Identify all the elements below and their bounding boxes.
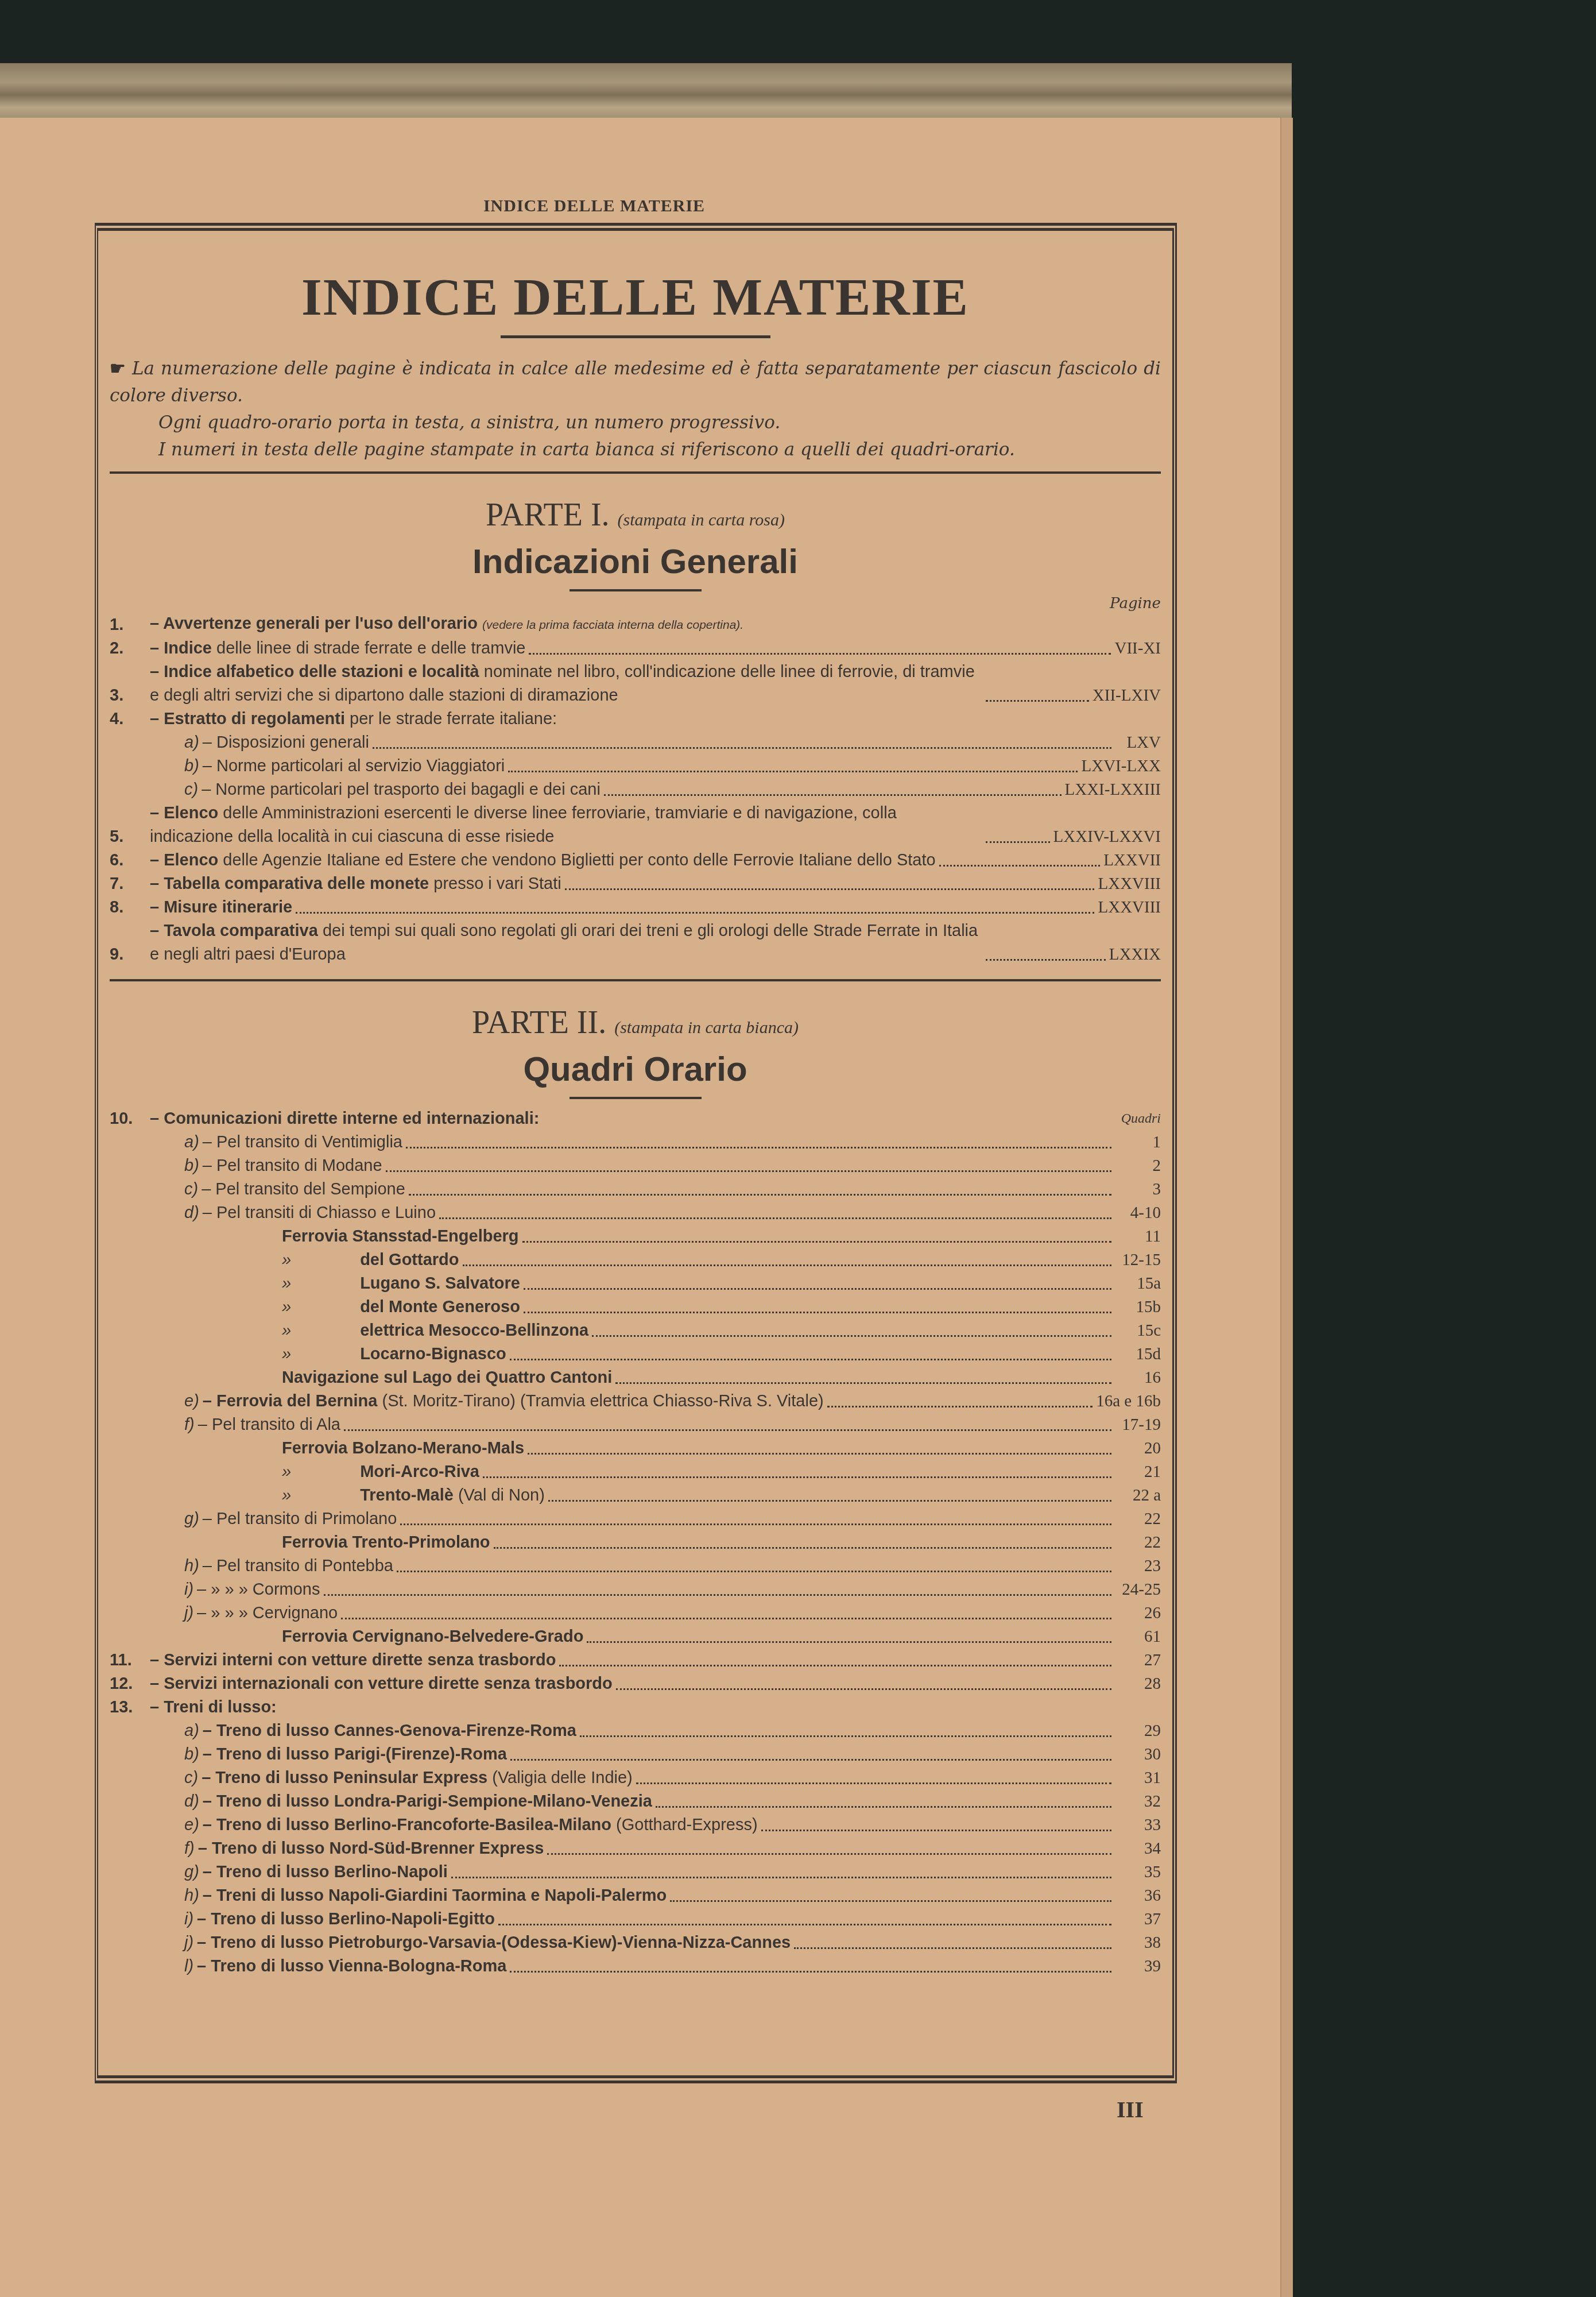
dot-leader (483, 1476, 1111, 1478)
entry-page: 22 (1115, 1507, 1161, 1531)
entry-text: h)– Treni di lusso Napoli-Giardini Taorm… (184, 1884, 667, 1908)
entry-letter: » (282, 1274, 291, 1293)
entry-letter: d) (184, 1204, 199, 1222)
entry-body: h)– Treni di lusso Napoli-Giardini Taorm… (184, 1884, 1115, 1908)
dot-leader (510, 1759, 1111, 1761)
dot-leader (508, 771, 1078, 772)
entry-body: b)– Norme particolari al servizio Viaggi… (184, 755, 1081, 778)
entry-rest-text: – Pel transiti di Chiasso e Luino (203, 1204, 436, 1222)
entry-rest-text: – » » » Cormons (197, 1580, 320, 1599)
entry-text: – Avvertenze generali per l'uso dell'ora… (150, 612, 743, 637)
entry-text: c)– Treno di lusso Peninsular Express (V… (184, 1766, 633, 1790)
dot-leader (451, 1877, 1111, 1878)
entry-letter: » (282, 1486, 291, 1505)
entry-page: 38 (1115, 1931, 1161, 1955)
entry-letter: » (282, 1298, 291, 1316)
entry-page: 22 a (1115, 1484, 1161, 1507)
entry-body: Ferrovia Cervignano-Belvedere-Grado (282, 1625, 1115, 1649)
entry-number: 9. (110, 943, 150, 966)
dot-leader (386, 1170, 1111, 1172)
entry-letter: a) (184, 1133, 199, 1151)
entry-text: g)– Pel transito di Primolano (184, 1507, 397, 1531)
entry-letter: j) (184, 1604, 193, 1622)
dot-leader (580, 1735, 1111, 1737)
entry-text: »Trento-Malè (Val di Non) (282, 1484, 545, 1507)
index-entry: a)– Disposizioni generaliLXV (110, 731, 1161, 755)
note-p3: I numeri in testa delle pagine stampate … (110, 436, 1161, 463)
note-p2: Ogni quadro-orario porta in testa, a sin… (110, 409, 1161, 436)
entry-text: »Lugano S. Salvatore (282, 1272, 520, 1296)
entry-letter: a) (184, 733, 199, 752)
entry-number: 6. (110, 849, 150, 872)
page-fore-edge (1280, 118, 1293, 2297)
index-entry: 10.– Comunicazioni dirette interne ed in… (110, 1107, 1161, 1131)
entry-text: d)– Pel transiti di Chiasso e Luino (184, 1201, 436, 1225)
entry-rest-text: per le strade ferrate italiane: (345, 710, 557, 728)
entry-body: »Locarno-Bignasco (282, 1343, 1115, 1366)
entry-page: LXV (1115, 731, 1161, 755)
entry-bold-text: del Monte Generoso (360, 1298, 520, 1316)
entry-letter: l) (184, 1957, 193, 1975)
index-entry: d)– Pel transiti di Chiasso e Luino4-10 (110, 1201, 1161, 1225)
entry-rest-text: – Pel transito di Primolano (203, 1510, 397, 1528)
entry-letter: f) (184, 1839, 195, 1858)
entry-rest-text: delle Amministrazioni esercenti le diver… (150, 804, 897, 846)
entry-page: 15b (1115, 1296, 1161, 1319)
entry-page: 2 (1115, 1154, 1161, 1178)
entry-body: f)– Treno di lusso Nord-Süd-Brenner Expr… (184, 1837, 1115, 1861)
index-entry: f)– Pel transito di Ala17-19 (110, 1413, 1161, 1437)
entry-page: 36 (1115, 1884, 1161, 1908)
entry-letter: i) (184, 1910, 193, 1928)
dot-leader (406, 1147, 1111, 1148)
pagine-column-header: Pagine (110, 595, 1161, 612)
entry-body: Navigazione sul Lago dei Quattro Cantoni (282, 1366, 1115, 1390)
entry-bold-text: Ferrovia Stansstad-Engelberg (282, 1227, 519, 1246)
entry-letter: i) (184, 1580, 193, 1599)
entry-bold-text: – Treno di lusso Berlino-Napoli (203, 1863, 448, 1881)
page-number: III (1117, 2096, 1144, 2123)
index-entry: 13.– Treni di lusso: (110, 1696, 1161, 1719)
dot-leader (548, 1500, 1111, 1502)
entry-bold-text: – Treno di lusso Berlino-Napoli-Egitto (197, 1910, 495, 1928)
entry-letter: e) (184, 1816, 199, 1834)
entry-body: »elettrica Mesocco-Bellinzona (282, 1319, 1115, 1343)
entry-body: »Lugano S. Salvatore (282, 1272, 1115, 1296)
entry-page: 17-19 (1115, 1413, 1161, 1437)
entry-letter: » (282, 1463, 291, 1481)
dot-leader (592, 1335, 1111, 1337)
entry-text: e)– Treno di lusso Berlino-Francoforte-B… (184, 1813, 758, 1837)
entry-body: »Trento-Malè (Val di Non) (282, 1484, 1115, 1507)
entry-text: – Servizi interni con vetture dirette se… (150, 1649, 556, 1672)
dot-leader (604, 794, 1062, 796)
entry-text: a)– Treno di lusso Cannes-Genova-Firenze… (184, 1719, 576, 1743)
entry-letter: c) (184, 1180, 198, 1198)
part1-subtitle: (stampata in carta rosa) (618, 511, 785, 529)
entry-body: Ferrovia Trento-Primolano (282, 1531, 1115, 1554)
entry-page: 15d (1115, 1343, 1161, 1366)
entry-letter: f) (184, 1416, 195, 1434)
entry-text: »del Monte Generoso (282, 1296, 520, 1319)
part1-heading: PARTE I. (stampata in carta rosa) (110, 497, 1161, 533)
entry-body: – Servizi internazionali con vetture dir… (150, 1672, 1115, 1696)
entry-page: 39 (1115, 1955, 1161, 1978)
entry-text: – Tabella comparativa delle monete press… (150, 872, 561, 896)
dot-leader (656, 1806, 1111, 1808)
entry-letter: c) (184, 780, 198, 799)
entry-page: 27 (1115, 1649, 1161, 1672)
entry-body: – Avvertenze generali per l'uso dell'ora… (150, 612, 1115, 637)
dot-leader (986, 841, 1050, 843)
part1-title: PARTE I. (486, 497, 610, 533)
entry-body: – Tavola comparativa dei tempi sui quali… (150, 919, 1109, 966)
entry-rest-text: – Pel transito di Modane (203, 1157, 382, 1175)
entry-bold-text: – Treno di lusso Parigi-(Firenze)-Roma (203, 1745, 507, 1764)
entry-body: f)– Pel transito di Ala (184, 1413, 1115, 1437)
entry-rest-text: – » » » Cervignano (197, 1604, 338, 1622)
entry-body: – Servizi interni con vetture dirette se… (150, 1649, 1115, 1672)
entry-text: – Comunicazioni dirette interne ed inter… (150, 1107, 539, 1131)
entry-body: – Treni di lusso: (150, 1696, 1115, 1719)
entry-body: – Comunicazioni dirette interne ed inter… (150, 1107, 1115, 1131)
entry-text: c)– Pel transito del Sempione (184, 1178, 405, 1201)
entry-bold-text: – Treno di lusso Cannes-Genova-Firenze-R… (203, 1722, 576, 1740)
entry-bold-text: – Indice (150, 639, 212, 658)
entry-bold-text: – Tabella comparativa delle monete (150, 875, 429, 893)
entry-body: – Indice delle linee di strade ferrate e… (150, 637, 1114, 660)
index-entry: a)– Pel transito di Ventimiglia1 (110, 1131, 1161, 1154)
index-entry: e)– Ferrovia del Bernina (St. Moritz-Tir… (110, 1390, 1161, 1413)
title-rule (501, 335, 770, 338)
entry-text: j)– Treno di lusso Pietroburgo-Varsavia-… (184, 1931, 791, 1955)
entry-page: 22 (1115, 1531, 1161, 1554)
entry-body: a)– Disposizioni generali (184, 731, 1115, 755)
entry-page: 23 (1115, 1554, 1161, 1578)
entry-text: Ferrovia Stansstad-Engelberg (282, 1225, 519, 1248)
entry-text: d)– Treno di lusso Londra-Parigi-Sempion… (184, 1790, 652, 1813)
entry-bold-text: Ferrovia Cervignano-Belvedere-Grado (282, 1627, 583, 1646)
dot-leader (510, 1971, 1111, 1973)
entry-bold-text: Lugano S. Salvatore (360, 1274, 520, 1293)
entry-text: Ferrovia Bolzano-Merano-Mals (282, 1437, 524, 1460)
entry-body: h)– Pel transito di Pontebba (184, 1554, 1115, 1578)
entry-bold-text: – Estratto di regolamenti (150, 710, 345, 728)
entry-page: 24-25 (1115, 1578, 1161, 1602)
entry-number: 4. (110, 707, 150, 731)
entry-body: – Misure itinerarie (150, 896, 1098, 919)
index-entry: j)– » » » Cervignano26 (110, 1602, 1161, 1625)
entry-page: LXXVII (1103, 849, 1161, 872)
entry-letter: » (282, 1251, 291, 1269)
section-divider (110, 471, 1161, 474)
dot-leader (524, 1312, 1111, 1313)
index-entry: »Lugano S. Salvatore15a (110, 1272, 1161, 1296)
part1-entries: 1.– Avvertenze generali per l'uso dell'o… (110, 612, 1161, 966)
entry-rest-text: – Pel transito di Ventimiglia (203, 1133, 402, 1151)
dot-leader (524, 1288, 1111, 1290)
dot-leader (463, 1264, 1111, 1266)
dot-leader (522, 1241, 1111, 1243)
entry-text: – Treni di lusso: (150, 1696, 277, 1719)
entry-letter: h) (184, 1557, 199, 1575)
index-entry: Ferrovia Bolzano-Merano-Mals20 (110, 1437, 1161, 1460)
entry-text: »Mori-Arco-Riva (282, 1460, 479, 1484)
entry-text: b)– Norme particolari al servizio Viaggi… (184, 755, 505, 778)
entry-letter: b) (184, 1157, 199, 1175)
part2-heading: PARTE II. (stampata in carta bianca) (110, 1004, 1161, 1041)
index-entry: c)– Pel transito del Sempione3 (110, 1178, 1161, 1201)
entry-text: l)– Treno di lusso Vienna-Bologna-Roma (184, 1955, 506, 1978)
entry-letter: g) (184, 1863, 199, 1881)
entry-bold-text: – Treno di lusso Berlino-Francoforte-Bas… (203, 1816, 611, 1834)
entry-body: d)– Pel transiti di Chiasso e Luino (184, 1201, 1115, 1225)
entry-body: e)– Ferrovia del Bernina (St. Moritz-Tir… (184, 1390, 1096, 1413)
entry-letter: b) (184, 757, 199, 775)
dot-leader (498, 1924, 1111, 1925)
dot-leader (397, 1571, 1111, 1572)
dot-leader (344, 1429, 1111, 1431)
entry-page: LXVI-LXX (1081, 755, 1161, 778)
entry-page: 16 (1115, 1366, 1161, 1390)
entry-bold-text: – Treni di lusso Napoli-Giardini Taormin… (203, 1886, 667, 1905)
entry-body: a)– Treno di lusso Cannes-Genova-Firenze… (184, 1719, 1115, 1743)
index-entry: 8.– Misure itinerarieLXXVIII (110, 896, 1161, 919)
index-entry: »Mori-Arco-Riva21 (110, 1460, 1161, 1484)
entry-bold-text: Ferrovia Trento-Primolano (282, 1533, 490, 1552)
entry-rest-text: – Pel transito di Pontebba (203, 1557, 393, 1575)
entry-number: 3. (110, 684, 150, 707)
index-entry: c)– Norme particolari pel trasporto dei … (110, 778, 1161, 802)
index-entry: h)– Treni di lusso Napoli-Giardini Taorm… (110, 1884, 1161, 1908)
entry-text: c)– Norme particolari pel trasporto dei … (184, 778, 601, 802)
entry-letter: a) (184, 1722, 199, 1740)
entry-body: c)– Norme particolari pel trasporto dei … (184, 778, 1065, 802)
entry-bold-text: – Treni di lusso: (150, 1698, 277, 1716)
entry-body: c)– Treno di lusso Peninsular Express (V… (184, 1766, 1115, 1790)
section-rule (570, 1097, 702, 1099)
entry-letter: » (282, 1345, 291, 1363)
index-entry: Ferrovia Trento-Primolano22 (110, 1531, 1161, 1554)
entry-letter: b) (184, 1745, 199, 1764)
entry-body: – Estratto di regolamenti per le strade … (150, 707, 1115, 731)
entry-page: LXXVIII (1098, 896, 1161, 919)
dot-leader (409, 1194, 1111, 1196)
index-entry: »del Gottardo12-15 (110, 1248, 1161, 1272)
entry-text: – Servizi internazionali con vetture dir… (150, 1672, 613, 1696)
entry-number: 12. (110, 1672, 150, 1696)
entry-text: »del Gottardo (282, 1248, 459, 1272)
entry-letter: h) (184, 1886, 199, 1905)
entry-bold-text: – Comunicazioni dirette interne ed inter… (150, 1109, 539, 1128)
index-entry: b)– Pel transito di Modane2 (110, 1154, 1161, 1178)
entry-text: a)– Pel transito di Ventimiglia (184, 1131, 402, 1154)
index-entry: j)– Treno di lusso Pietroburgo-Varsavia-… (110, 1931, 1161, 1955)
entry-rest-text: – Pel transito del Sempione (202, 1180, 405, 1198)
entry-note: (vedere la prima facciata interna della … (482, 618, 743, 632)
entry-text: Navigazione sul Lago dei Quattro Cantoni (282, 1366, 612, 1390)
entry-text: – Elenco delle Amministrazioni esercenti… (150, 802, 982, 849)
entry-letter: c) (184, 1769, 198, 1787)
index-entry: c)– Treno di lusso Peninsular Express (V… (110, 1766, 1161, 1790)
entry-bold-text: – Ferrovia del Bernina (203, 1392, 378, 1410)
entry-text: Ferrovia Cervignano-Belvedere-Grado (282, 1625, 583, 1649)
index-entry: h)– Pel transito di Pontebba23 (110, 1554, 1161, 1578)
entry-bold-text: – Treno di lusso Londra-Parigi-Sempione-… (203, 1792, 652, 1811)
entry-rest-text: – Norme particolari al servizio Viaggiat… (203, 757, 505, 775)
dot-leader (494, 1547, 1111, 1549)
dot-leader (439, 1217, 1111, 1219)
entry-letter: e) (184, 1392, 199, 1410)
intro-note: ☛ La numerazione delle pagine è indicata… (110, 355, 1161, 463)
index-entry: i)– Treno di lusso Berlino-Napoli-Egitto… (110, 1908, 1161, 1931)
index-entry: »Trento-Malè (Val di Non)22 a (110, 1484, 1161, 1507)
entry-text: »Locarno-Bignasco (282, 1343, 506, 1366)
entry-page: 37 (1115, 1908, 1161, 1931)
entry-text: h)– Pel transito di Pontebba (184, 1554, 393, 1578)
note-p1: La numerazione delle pagine è indicata i… (110, 358, 1161, 406)
dot-leader (296, 912, 1094, 914)
entry-rest-text: (Val di Non) (454, 1486, 545, 1505)
index-entry: »del Monte Generoso15b (110, 1296, 1161, 1319)
entry-text: – Tavola comparativa dei tempi sui quali… (150, 919, 982, 966)
entry-body: e)– Treno di lusso Berlino-Francoforte-B… (184, 1813, 1115, 1837)
dot-leader (559, 1665, 1111, 1666)
entry-text: – Estratto di regolamenti per le strade … (150, 707, 557, 731)
entry-letter: » (282, 1321, 291, 1340)
entry-page: 30 (1115, 1743, 1161, 1766)
page-stack-edges (0, 63, 1292, 126)
index-entry: d)– Treno di lusso Londra-Parigi-Sempion… (110, 1790, 1161, 1813)
dot-leader (827, 1406, 1093, 1407)
dot-leader (324, 1594, 1112, 1596)
entry-bold-text: – Servizi internazionali con vetture dir… (150, 1675, 613, 1693)
entry-body: – Indice alfabetico delle stazioni e loc… (150, 660, 1093, 707)
entry-page: 34 (1115, 1837, 1161, 1861)
entry-page: 12-15 (1115, 1248, 1161, 1272)
index-entry: 3.– Indice alfabetico delle stazioni e l… (110, 660, 1161, 707)
dot-leader (341, 1618, 1111, 1619)
entry-page: 28 (1115, 1672, 1161, 1696)
index-entry: 6.– Elenco delle Agenzie Italiane ed Est… (110, 849, 1161, 872)
entry-number: 11. (110, 1649, 150, 1672)
page-title: INDICE DELLE MATERIE (110, 266, 1161, 327)
part2-entries: 10.– Comunicazioni dirette interne ed in… (110, 1107, 1161, 1978)
entry-page: 21 (1115, 1460, 1161, 1484)
entry-text: – Indice delle linee di strade ferrate e… (150, 637, 525, 660)
entry-number: 2. (110, 637, 150, 660)
entry-body: b)– Treno di lusso Parigi-(Firenze)-Roma (184, 1743, 1115, 1766)
entry-body: – Elenco delle Agenzie Italiane ed Ester… (150, 849, 1103, 872)
entry-body: d)– Treno di lusso Londra-Parigi-Sempion… (184, 1790, 1115, 1813)
index-entry: 5.– Elenco delle Amministrazioni esercen… (110, 802, 1161, 849)
entry-bold-text: – Elenco (150, 851, 218, 869)
entry-text: e)– Ferrovia del Bernina (St. Moritz-Tir… (184, 1390, 824, 1413)
entry-body: Ferrovia Bolzano-Merano-Mals (282, 1437, 1115, 1460)
entry-page: 32 (1115, 1790, 1161, 1813)
entry-letter: g) (184, 1510, 199, 1528)
entry-bold-text: – Treno di lusso Vienna-Bologna-Roma (197, 1957, 506, 1975)
dot-leader (528, 1453, 1111, 1455)
entry-body: – Elenco delle Amministrazioni esercenti… (150, 802, 1053, 849)
entry-text: j)– » » » Cervignano (184, 1602, 338, 1625)
dot-leader (615, 1382, 1111, 1384)
entry-rest-text: delle Agenzie Italiane ed Estere che ven… (218, 851, 935, 869)
entry-page: 61 (1115, 1625, 1161, 1649)
entry-text: – Misure itinerarie (150, 896, 292, 919)
entry-page: 16a e 16b (1096, 1390, 1161, 1413)
entry-body: j)– » » » Cervignano (184, 1602, 1115, 1625)
entry-bold-text: del Gottardo (360, 1251, 459, 1269)
entry-page: 29 (1115, 1719, 1161, 1743)
running-head: INDICE DELLE MATERIE (0, 196, 1188, 216)
entry-text: »elettrica Mesocco-Bellinzona (282, 1319, 588, 1343)
pointing-hand-icon: ☛ (110, 358, 126, 379)
index-entry: f)– Treno di lusso Nord-Süd-Brenner Expr… (110, 1837, 1161, 1861)
dot-leader (529, 653, 1111, 655)
index-entry: l)– Treno di lusso Vienna-Bologna-Roma39 (110, 1955, 1161, 1978)
entry-page: 3 (1115, 1178, 1161, 1201)
entry-page: 31 (1115, 1766, 1161, 1790)
entry-bold-text: Trento-Malè (360, 1486, 454, 1505)
entry-page: 15a (1115, 1272, 1161, 1296)
entry-page: 20 (1115, 1437, 1161, 1460)
index-entry: 2.– Indice delle linee di strade ferrate… (110, 637, 1161, 660)
dot-leader (373, 747, 1111, 749)
entry-text: f)– Pel transito di Ala (184, 1413, 340, 1437)
dot-leader (761, 1830, 1111, 1831)
entry-rest-text: – Norme particolari pel trasporto dei ba… (202, 780, 601, 799)
entry-body: – Tabella comparativa delle monete press… (150, 872, 1098, 896)
section-divider (110, 979, 1161, 981)
entry-page: LXXIX (1109, 943, 1161, 966)
dot-leader (636, 1782, 1111, 1784)
index-entry: »Locarno-Bignasco15d (110, 1343, 1161, 1366)
entry-bold-text: – Elenco (150, 804, 218, 822)
dot-leader (986, 959, 1106, 961)
part1-section-title: Indicazioni Generali (110, 542, 1161, 581)
dot-leader (547, 1853, 1111, 1855)
entry-page: 15c (1115, 1319, 1161, 1343)
index-entry: b)– Treno di lusso Parigi-(Firenze)-Roma… (110, 1743, 1161, 1766)
entry-letter: j) (184, 1933, 193, 1952)
entry-bold-text: – Misure itinerarie (150, 898, 292, 917)
entry-body: »Mori-Arco-Riva (282, 1460, 1115, 1484)
index-entry: Ferrovia Stansstad-Engelberg11 (110, 1225, 1161, 1248)
index-entry: 4.– Estratto di regolamenti per le strad… (110, 707, 1161, 731)
dot-leader (986, 700, 1089, 702)
entry-bold-text: – Avvertenze generali per l'uso dell'ora… (150, 614, 478, 633)
entry-rest-text: presso i vari Stati (429, 875, 561, 893)
entry-number: 1. (110, 613, 150, 637)
entry-body: i)– » » » Cormons (184, 1578, 1115, 1602)
entry-number: 7. (110, 872, 150, 896)
index-entry: 12.– Servizi internazionali con vetture … (110, 1672, 1161, 1696)
entry-text: g)– Treno di lusso Berlino-Napoli (184, 1861, 448, 1884)
entry-bold-text: – Servizi interni con vetture dirette se… (150, 1651, 556, 1669)
dot-leader (670, 1900, 1111, 1902)
entry-number: 13. (110, 1696, 150, 1719)
entry-rest-text: (Valigia delle Indie) (487, 1769, 633, 1787)
index-entry: Ferrovia Cervignano-Belvedere-Grado61 (110, 1625, 1161, 1649)
entry-body: b)– Pel transito di Modane (184, 1154, 1115, 1178)
entry-body: »del Monte Generoso (282, 1296, 1115, 1319)
index-entry: 9.– Tavola comparativa dei tempi sui qua… (110, 919, 1161, 966)
entry-text: – Indice alfabetico delle stazioni e loc… (150, 660, 982, 707)
entry-page: 33 (1115, 1813, 1161, 1837)
entry-rest-text: (St. Moritz-Tirano) (Tramvia elettrica C… (377, 1392, 823, 1410)
dot-leader (794, 1947, 1111, 1949)
